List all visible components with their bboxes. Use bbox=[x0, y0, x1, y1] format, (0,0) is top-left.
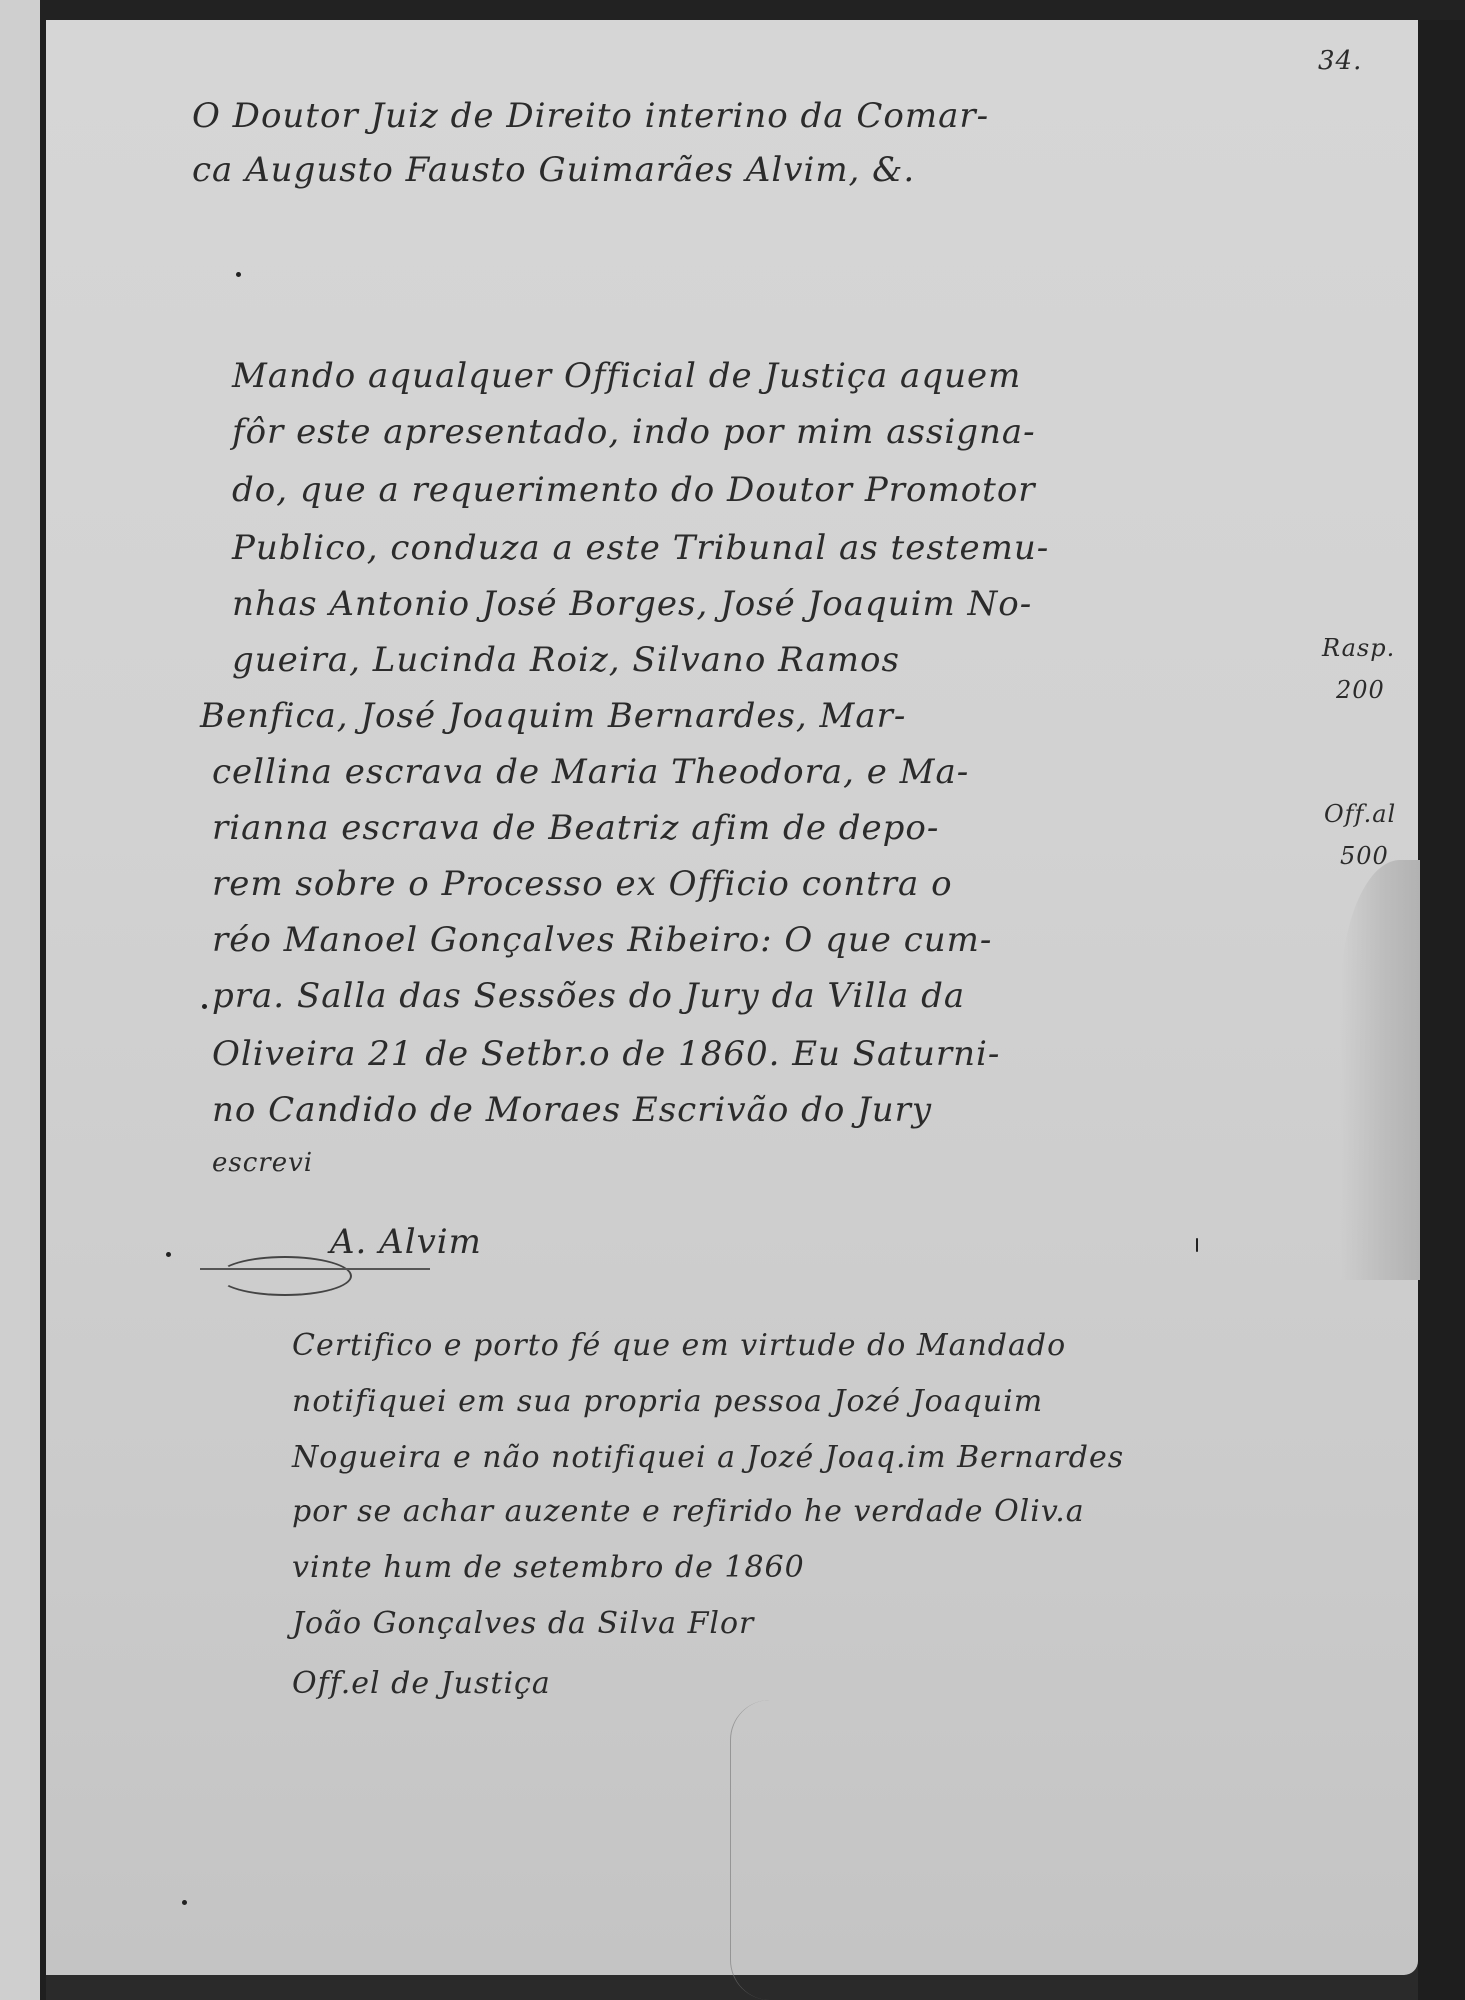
ink-mark bbox=[182, 1900, 187, 1905]
adjacent-page-edge bbox=[0, 0, 40, 2000]
mandate-line: Mando aqualquer Official de Justiça aque… bbox=[232, 356, 1021, 396]
certificate-line: por se achar auzente e refirido he verda… bbox=[292, 1494, 1085, 1529]
signature-flourish bbox=[218, 1256, 352, 1296]
mandate-line: Publico, conduza a este Tribunal as test… bbox=[232, 528, 1049, 568]
ink-mark bbox=[202, 1004, 207, 1009]
scan-background-top bbox=[40, 0, 1465, 20]
mandate-line: rem sobre o Processo ex Officio contra o bbox=[212, 864, 953, 904]
certifier-name: João Gonçalves da Silva Flor bbox=[292, 1606, 754, 1641]
ink-mark bbox=[166, 1252, 171, 1257]
margin-note-value: 200 bbox=[1336, 676, 1385, 704]
margin-note-label: Rasp. bbox=[1322, 634, 1395, 662]
certificate-line: Certifico e porto fé que em virtude do M… bbox=[292, 1328, 1066, 1363]
margin-note-label: Off.al bbox=[1324, 800, 1396, 828]
mandate-line: no Candido de Moraes Escrivão do Jury bbox=[212, 1090, 932, 1130]
ink-mark bbox=[236, 272, 241, 277]
certificate-line: vinte hum de setembro de 1860 bbox=[292, 1550, 805, 1585]
certifier-title: Off.el de Justiça bbox=[292, 1666, 551, 1701]
ink-mark bbox=[1196, 1238, 1198, 1252]
scan-background-right bbox=[1418, 20, 1465, 2000]
mandate-line: nhas Antonio José Borges, José Joaquim N… bbox=[232, 584, 1032, 624]
judge-signature: A. Alvim bbox=[330, 1222, 482, 1262]
mandate-line: rianna escrava de Beatriz afim de depo- bbox=[212, 808, 939, 848]
pencil-stroke bbox=[730, 1700, 791, 2000]
signature-flourish-line bbox=[200, 1268, 430, 1270]
certificate-line: Nogueira e não notifiquei a Jozé Joaq.im… bbox=[292, 1440, 1124, 1475]
mandate-line: pra. Salla das Sessões do Jury da Villa … bbox=[212, 976, 965, 1016]
page-tear-shadow bbox=[1340, 860, 1420, 1280]
mandate-line: escrevi bbox=[212, 1148, 313, 1178]
mandate-line: do, que a requerimento do Doutor Promoto… bbox=[232, 470, 1036, 510]
heading-line: O Doutor Juiz de Direito interino da Com… bbox=[192, 96, 989, 136]
certificate-line: notifiquei em sua propria pessoa Jozé Jo… bbox=[292, 1384, 1043, 1419]
mandate-line: fôr este apresentado, indo por mim assig… bbox=[232, 412, 1036, 452]
mandate-line: Oliveira 21 de Setbr.o de 1860. Eu Satur… bbox=[212, 1034, 1000, 1074]
mandate-line: gueira, Lucinda Roiz, Silvano Ramos bbox=[232, 640, 900, 680]
page-number: 34. bbox=[1318, 46, 1362, 76]
margin-note-value: 500 bbox=[1340, 842, 1389, 870]
mandate-line: cellina escrava de Maria Theodora, e Ma- bbox=[212, 752, 969, 792]
mandate-line: Benfica, José Joaquim Bernardes, Mar- bbox=[200, 696, 906, 736]
mandate-line: réo Manoel Gonçalves Ribeiro: O que cum- bbox=[212, 920, 992, 960]
heading-line: ca Augusto Fausto Guimarães Alvim, &. bbox=[192, 150, 915, 190]
